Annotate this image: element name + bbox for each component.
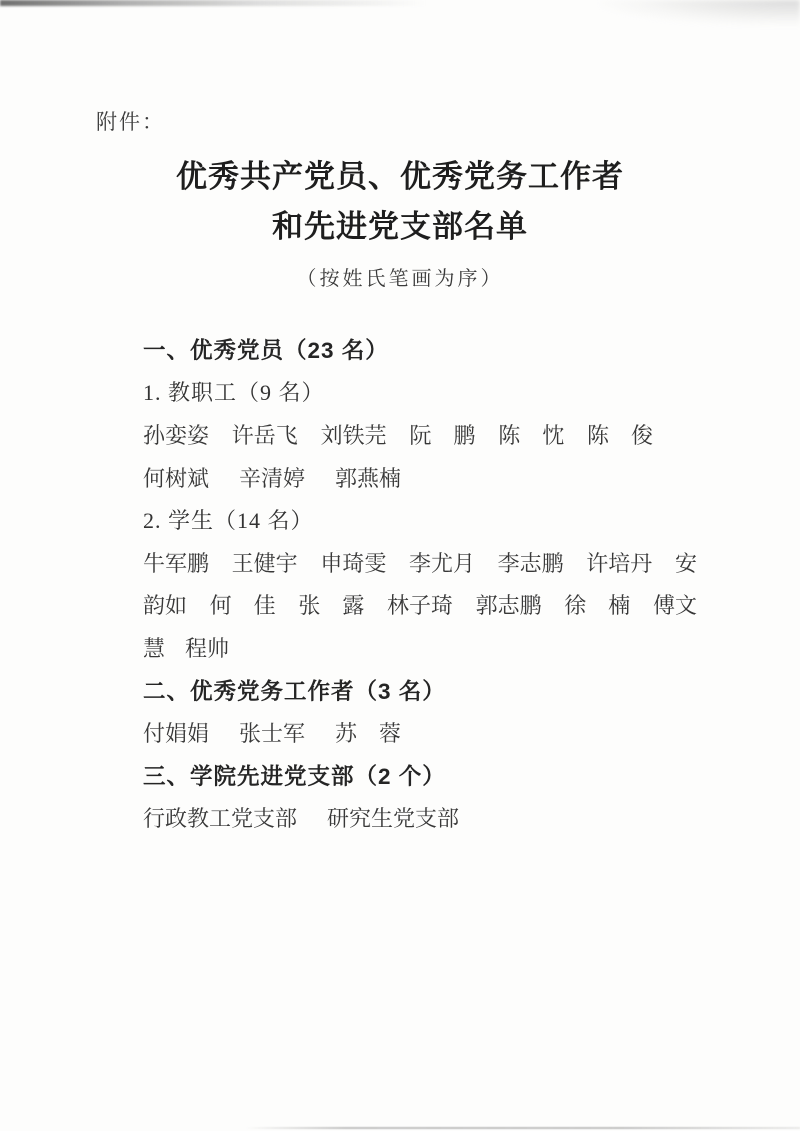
person-name: 牛军鹏 bbox=[143, 547, 209, 578]
name-row: 韵如 何 佳 张 露 林子琦 郭志鹏 徐 楠 傅文 bbox=[143, 584, 697, 627]
attachment-label: 附件： bbox=[96, 106, 165, 136]
document-title-line-1: 优秀共产党员、优秀党务工作者 bbox=[0, 152, 800, 202]
scan-artifact-bottom-line bbox=[246, 1127, 800, 1129]
person-name: 张 露 bbox=[298, 589, 364, 620]
scan-artifact-top-right-smudge bbox=[600, 0, 800, 26]
person-name: 苏 蓉 bbox=[335, 717, 401, 748]
name-row: 付娟娟 张士军 苏 蓉 bbox=[143, 711, 697, 754]
person-name: 辛清婷 bbox=[239, 462, 305, 493]
person-name: 慧 bbox=[143, 632, 165, 663]
person-name: 程帅 bbox=[185, 632, 229, 663]
person-name: 徐 楠 bbox=[564, 589, 630, 620]
person-name: 韵如 bbox=[143, 589, 187, 620]
document-title-block: 优秀共产党员、优秀党务工作者 和先进党支部名单 （按姓氏笔画为序） bbox=[0, 152, 800, 291]
name-row: 何树斌 辛清婷 郭燕楠 bbox=[143, 456, 697, 499]
section-heading-advanced-branches: 三、学院先进党支部（2 个） bbox=[143, 754, 697, 797]
person-name: 付娟娟 bbox=[143, 717, 209, 748]
person-name: 许培丹 bbox=[586, 547, 652, 578]
person-name: 李尤月 bbox=[409, 547, 475, 578]
section-heading-party-affairs-workers: 二、优秀党务工作者（3 名） bbox=[143, 669, 697, 712]
document-body: 一、优秀党员（23 名） 1. 教职工（9 名） 孙娈姿 许岳飞 刘铁芫 阮 鹏… bbox=[143, 328, 697, 839]
person-name: 张士军 bbox=[239, 717, 305, 748]
name-row: 孙娈姿 许岳飞 刘铁芫 阮 鹏 陈 忱 陈 俊 bbox=[143, 413, 697, 456]
person-name: 安 bbox=[675, 547, 697, 578]
person-name: 刘铁芫 bbox=[321, 419, 387, 450]
scanned-document-page: 附件： 优秀共产党员、优秀党务工作者 和先进党支部名单 （按姓氏笔画为序） 一、… bbox=[0, 0, 800, 1131]
person-name: 何 佳 bbox=[210, 589, 276, 620]
person-name: 许岳飞 bbox=[232, 419, 298, 450]
name-row: 慧 程帅 bbox=[143, 626, 697, 669]
person-name: 孙娈姿 bbox=[143, 419, 209, 450]
branch-name: 行政教工党支部 bbox=[143, 802, 297, 833]
person-name: 王健宇 bbox=[232, 547, 298, 578]
person-name: 李志鹏 bbox=[498, 547, 564, 578]
person-name: 傅文 bbox=[653, 589, 697, 620]
scan-artifact-top-edge bbox=[0, 0, 445, 6]
branch-name: 研究生党支部 bbox=[327, 802, 459, 833]
person-name: 阮 鹏 bbox=[409, 419, 475, 450]
subsection-heading-faculty: 1. 教职工（9 名） bbox=[143, 371, 697, 414]
document-title-line-2: 和先进党支部名单 bbox=[0, 202, 800, 252]
person-name: 陈 忱 bbox=[498, 419, 564, 450]
person-name: 何树斌 bbox=[143, 462, 209, 493]
person-name: 陈 俊 bbox=[587, 419, 653, 450]
section-heading-outstanding-members: 一、优秀党员（23 名） bbox=[143, 328, 697, 371]
person-name: 郭志鹏 bbox=[476, 589, 542, 620]
sort-order-note: （按姓氏笔画为序） bbox=[0, 262, 800, 291]
branch-name-row: 行政教工党支部 研究生党支部 bbox=[143, 797, 697, 840]
person-name: 郭燕楠 bbox=[335, 462, 401, 493]
person-name: 林子琦 bbox=[387, 589, 453, 620]
person-name: 申琦雯 bbox=[320, 547, 386, 578]
name-row: 牛军鹏 王健宇 申琦雯 李尤月 李志鹏 许培丹 安 bbox=[143, 541, 697, 584]
subsection-heading-students: 2. 学生（14 名） bbox=[143, 498, 697, 541]
